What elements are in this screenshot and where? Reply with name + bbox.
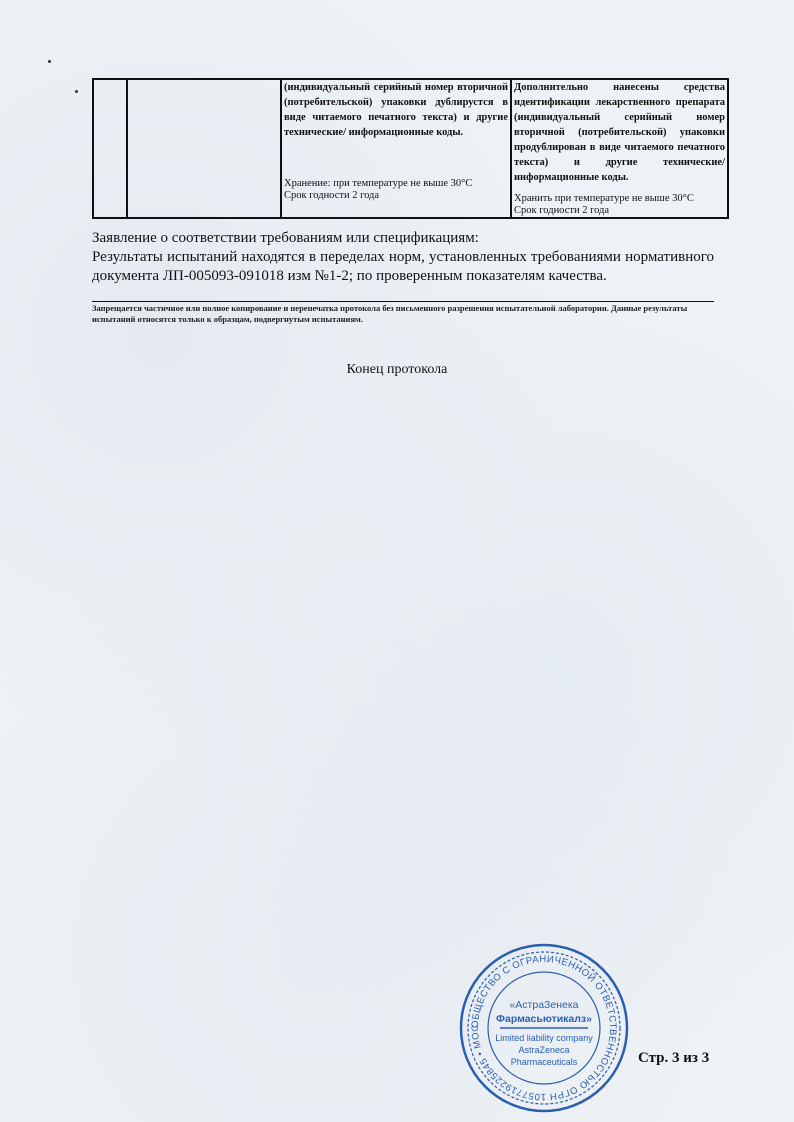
specification-table: (индивидуальный серийный номер вторичной… bbox=[92, 78, 729, 219]
disclaimer-text: Запрещается частичное или полное копиров… bbox=[92, 303, 714, 325]
table-cell-parameter bbox=[127, 79, 281, 218]
divider bbox=[92, 301, 714, 302]
company-stamp: ОБЩЕСТВО С ОГРАНИЧЕННОЙ ОТВЕТСТВЕННОСТЬЮ… bbox=[458, 942, 630, 1114]
requirement-storage: Хранить при температуре не выше 30°С bbox=[514, 193, 725, 205]
table-cell-number bbox=[93, 79, 127, 218]
stamp-line3: Limited liability company bbox=[495, 1033, 593, 1043]
result-shelf-life: Срок годности 2 года bbox=[284, 190, 508, 202]
result-storage: Хранение: при температуре не выше 30°С bbox=[284, 178, 508, 190]
table-row: (индивидуальный серийный номер вторичной… bbox=[93, 79, 728, 218]
result-text: (индивидуальный серийный номер вторичной… bbox=[284, 80, 508, 140]
requirement-text: Дополнительно нанесены средства идентифи… bbox=[514, 80, 725, 185]
requirement-shelf-life: Срок годности 2 года bbox=[514, 205, 725, 217]
stamp-icon: ОБЩЕСТВО С ОГРАНИЧЕННОЙ ОТВЕТСТВЕННОСТЬЮ… bbox=[458, 942, 630, 1114]
table-cell-result: (индивидуальный серийный номер вторичной… bbox=[281, 79, 511, 218]
stamp-line1: «АстраЗенека bbox=[509, 999, 578, 1011]
stamp-line5: Pharmaceuticals bbox=[511, 1057, 578, 1067]
conformity-statement: Заявление о соответствии требованиям или… bbox=[92, 229, 714, 286]
end-of-protocol: Конец протокола bbox=[0, 362, 794, 378]
page-number: Стр. 3 из 3 bbox=[638, 1050, 709, 1067]
scan-speck bbox=[75, 90, 78, 93]
stamp-line2: Фармасьютикалз» bbox=[496, 1013, 592, 1025]
statement-body: Результаты испытаний находятся в передел… bbox=[92, 248, 714, 286]
table-cell-requirement: Дополнительно нанесены средства идентифи… bbox=[511, 79, 728, 218]
statement-heading: Заявление о соответствии требованиям или… bbox=[92, 229, 714, 248]
stamp-line4: AstraZeneca bbox=[518, 1045, 569, 1055]
scan-speck bbox=[48, 60, 51, 63]
